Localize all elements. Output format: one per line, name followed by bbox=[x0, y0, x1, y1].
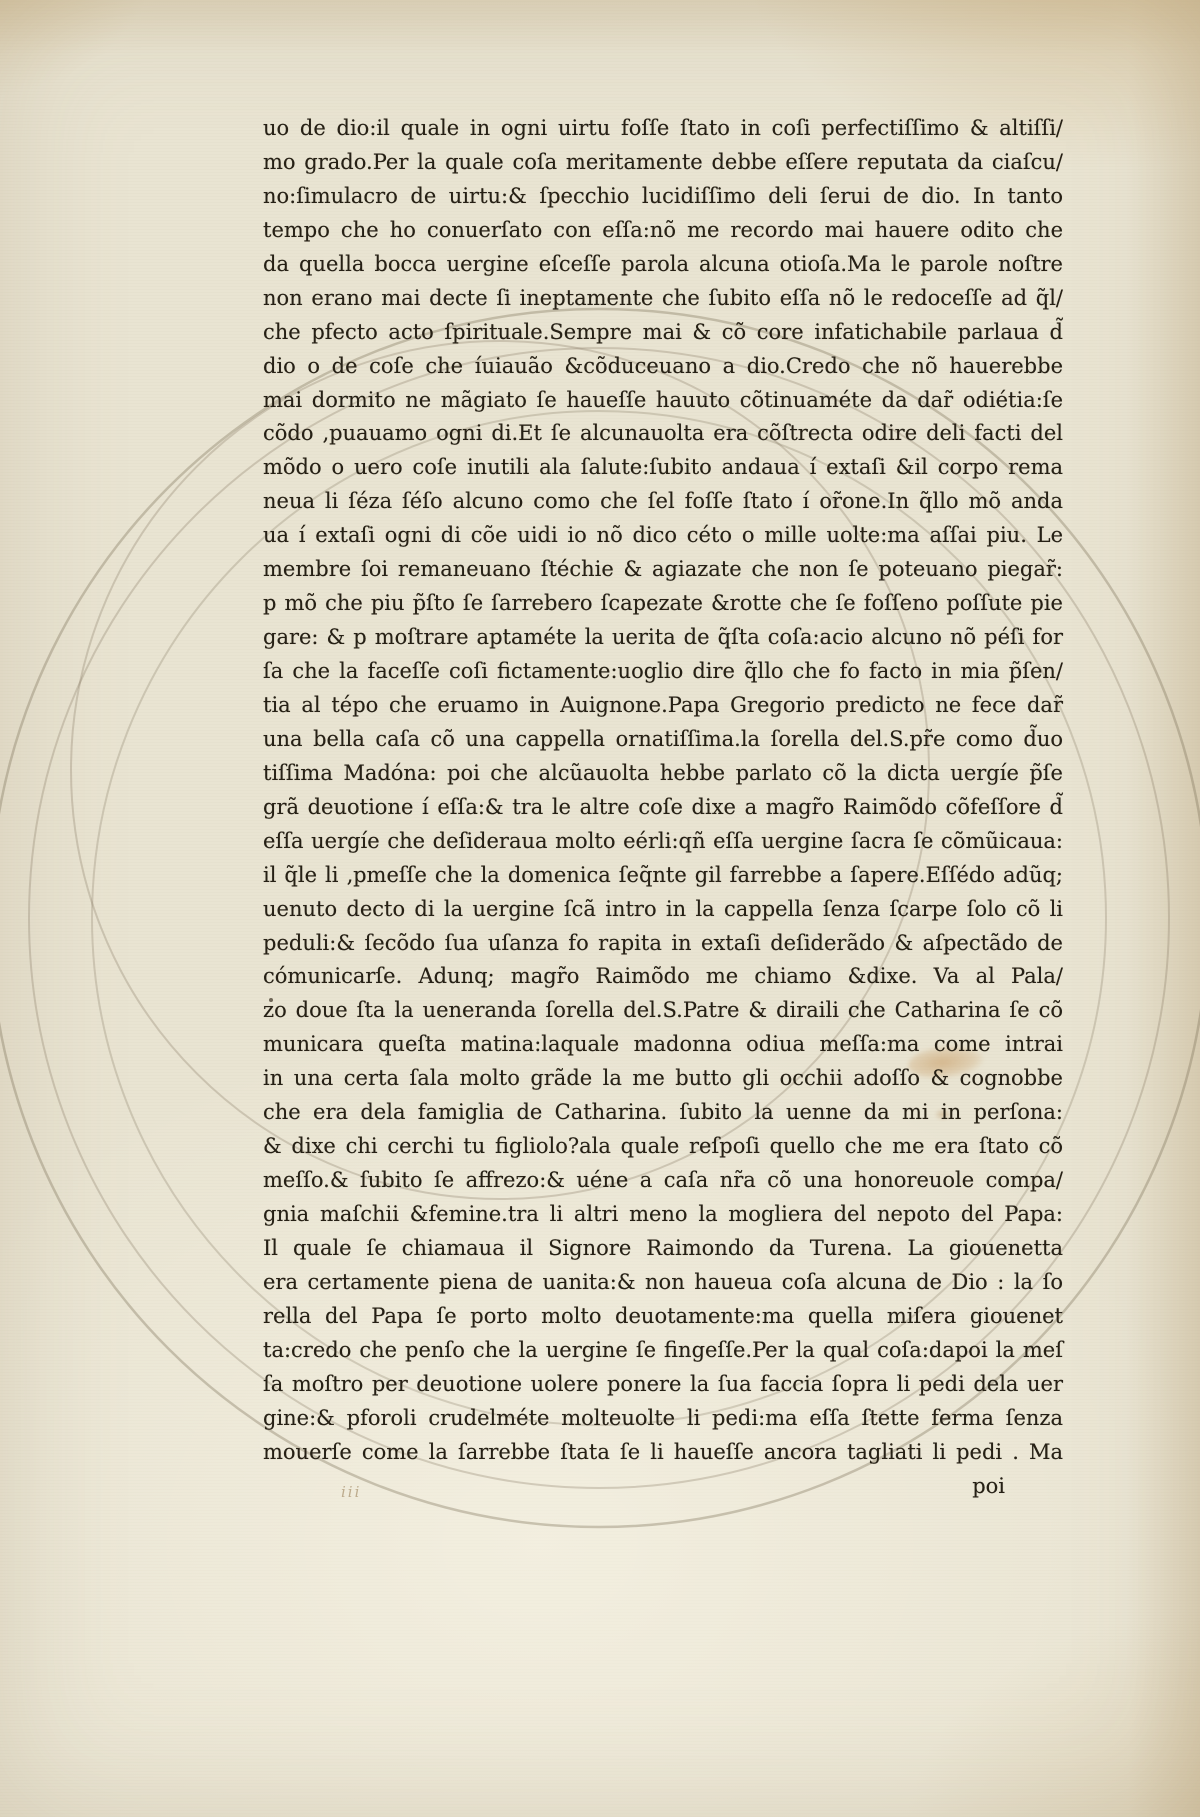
text-line: gare: & p moſtrare aptaméte la uerita de… bbox=[263, 621, 1063, 655]
text-line: gnia maſchii &femine.tra li altri meno l… bbox=[263, 1198, 1063, 1232]
text-line: tiſſima Madóna: poi che alcũauolta hebbe… bbox=[263, 757, 1063, 791]
text-line: gine:& pforoli crudelméte molteuolte li … bbox=[263, 1402, 1063, 1436]
catchword-line: poi bbox=[263, 1470, 1063, 1504]
text-line: mõdo o uero coſe inutili ala ſalute:ſubi… bbox=[263, 451, 1063, 485]
text-line: Il quale ſe chiamaua il Signore Raimondo… bbox=[263, 1232, 1063, 1266]
text-line: dio o de coſe che íuiauão &cõduceuano a … bbox=[263, 350, 1063, 384]
text-line: mouerſe come la ſarrebbe ſtata ſe li hau… bbox=[263, 1436, 1063, 1470]
text-line: eſſa uergíe che deſideraua molto eérli:q… bbox=[263, 825, 1063, 859]
text-line: mo grado.Per la quale coſa meritamente d… bbox=[263, 146, 1063, 180]
text-line: rella del Papa ſe porto molto deuotament… bbox=[263, 1300, 1063, 1334]
text-line: mai dormito ne mãgiato ſe haueſſe hauuto… bbox=[263, 384, 1063, 418]
text-line: uenuto decto di la uergine ſcã intro in … bbox=[263, 893, 1063, 927]
text-line: peduli:& ſecõdo ſua uſanza fo rapita in … bbox=[263, 927, 1063, 961]
text-line: non erano mai decte ſi ineptamente che ſ… bbox=[263, 282, 1063, 316]
text-line: era certamente piena de uanita:& non hau… bbox=[263, 1266, 1063, 1300]
text-line: cõdo ‚puauamo ogni di.Et ſe alcunauolta … bbox=[263, 417, 1063, 451]
body-text: uo de dio:il quale in ogni uirtu foſſe ſ… bbox=[263, 112, 1063, 1470]
text-line: ua í extaſi ogni di cõe uidi io nõ dico … bbox=[263, 519, 1063, 553]
text-line: che pfecto acto ſpirituale.Sempre mai & … bbox=[263, 316, 1063, 350]
book-page: uo de dio:il quale in ogni uirtu foſſe ſ… bbox=[0, 0, 1200, 1817]
text-line: ta:credo che penſo che la uergine ſe fin… bbox=[263, 1334, 1063, 1368]
text-line: neua li ſéza ſéſo alcuno como che ſel fo… bbox=[263, 485, 1063, 519]
text-line: una bella caſa cõ una cappella ornatiſſi… bbox=[263, 723, 1063, 757]
text-line: il q̃le li ‚pmeſſe che la domenica ſeq̃n… bbox=[263, 859, 1063, 893]
text-line: zo doue ſta la ueneranda ſorella del.S.P… bbox=[263, 994, 1063, 1028]
text-line: grã deuotione í eſſa:& tra le altre coſe… bbox=[263, 791, 1063, 825]
text-line: in una certa ſala molto grãde la me butt… bbox=[263, 1062, 1063, 1096]
text-line: no:ſimulacro de uirtu:& ſpecchio lucidiſ… bbox=[263, 180, 1063, 214]
text-line: ſa che la faceſſe coſi fictamente:uoglio… bbox=[263, 655, 1063, 689]
text-line: membre ſoi remaneuano ſtéchie & agiazate… bbox=[263, 553, 1063, 587]
text-line: cómunicarſe. Adunq; magr̃o Raimõdo me ch… bbox=[263, 960, 1063, 994]
text-line: p mõ che piu p̃ſto ſe ſarrebero ſcapezat… bbox=[263, 587, 1063, 621]
text-line: & dixe chi cerchi tu figliolo?ala quale … bbox=[263, 1130, 1063, 1164]
text-line: municara queſta matina:laquale madonna o… bbox=[263, 1028, 1063, 1062]
text-line: ſa moſtro per deuotione uolere ponere la… bbox=[263, 1368, 1063, 1402]
text-line: tia al tépo che eruamo in Auignone.Papa … bbox=[263, 689, 1063, 723]
text-line: tempo che ho conuerſato con eſſa:nõ me r… bbox=[263, 214, 1063, 248]
quire-signature: iii bbox=[341, 1483, 361, 1501]
catchword: poi bbox=[972, 1474, 1005, 1498]
text-line: meſſo.& ſubito ſe affrezo:& uéne a caſa … bbox=[263, 1164, 1063, 1198]
text-line: che era dela famiglia de Catharina. ſubi… bbox=[263, 1096, 1063, 1130]
text-line: uo de dio:il quale in ogni uirtu foſſe ſ… bbox=[263, 112, 1063, 146]
text-line: da quella bocca uergine eſceſſe parola a… bbox=[263, 248, 1063, 282]
text-block: uo de dio:il quale in ogni uirtu foſſe ſ… bbox=[263, 112, 1063, 1503]
